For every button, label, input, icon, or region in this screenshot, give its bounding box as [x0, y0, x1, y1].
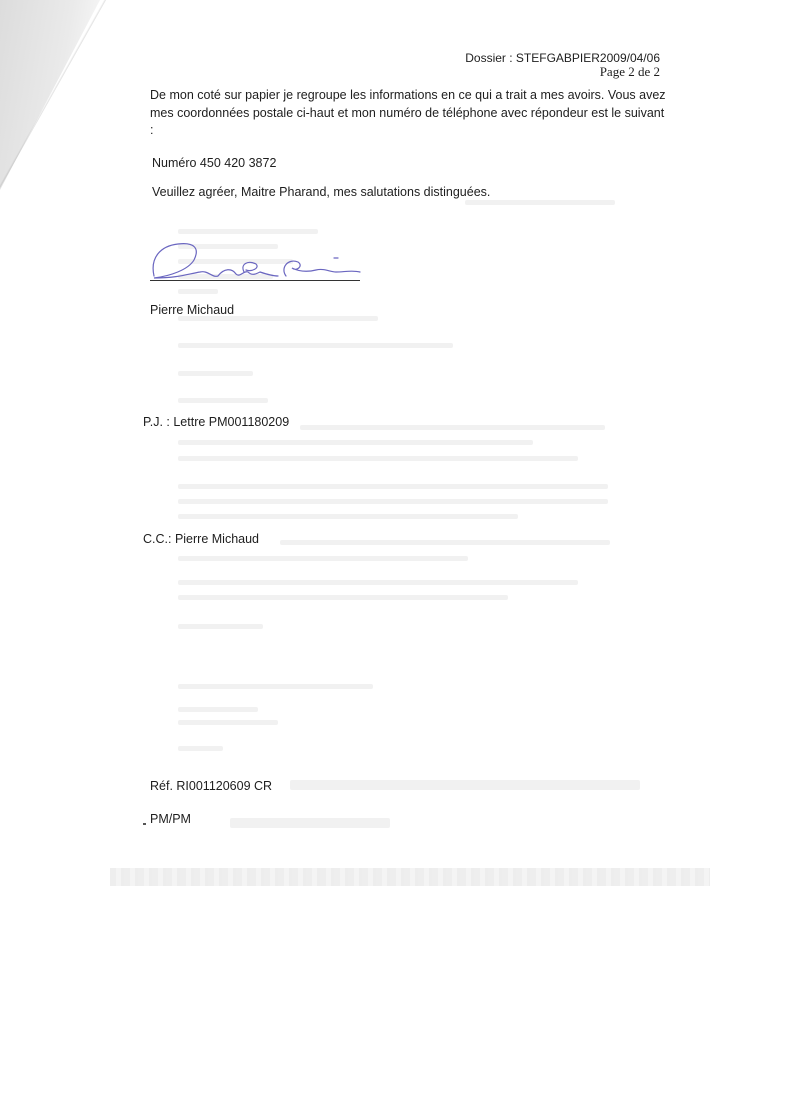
body-paragraph: De mon coté sur papier je regroupe les i… — [150, 87, 670, 140]
reference-line: Réf. RI001120609 CR — [150, 778, 272, 795]
fold-shadow — [0, 0, 106, 195]
enclosure-line: P.J. : Lettre PM001180209 — [143, 414, 289, 431]
bleed-through-band — [110, 868, 710, 886]
carbon-copy-line: C.C.: Pierre Michaud — [143, 531, 259, 548]
page-number: Page 2 de 2 — [600, 63, 660, 80]
closing-salutation: Veuillez agréer, Maitre Pharand, mes sal… — [152, 184, 490, 201]
signature-line — [150, 280, 360, 281]
signatory-name: Pierre Michaud — [150, 302, 234, 319]
stray-mark — [143, 823, 146, 825]
signature-icon — [148, 238, 368, 286]
phone-number-line: Numéro 450 420 3872 — [152, 155, 276, 172]
initials-line: PM/PM — [150, 811, 191, 828]
